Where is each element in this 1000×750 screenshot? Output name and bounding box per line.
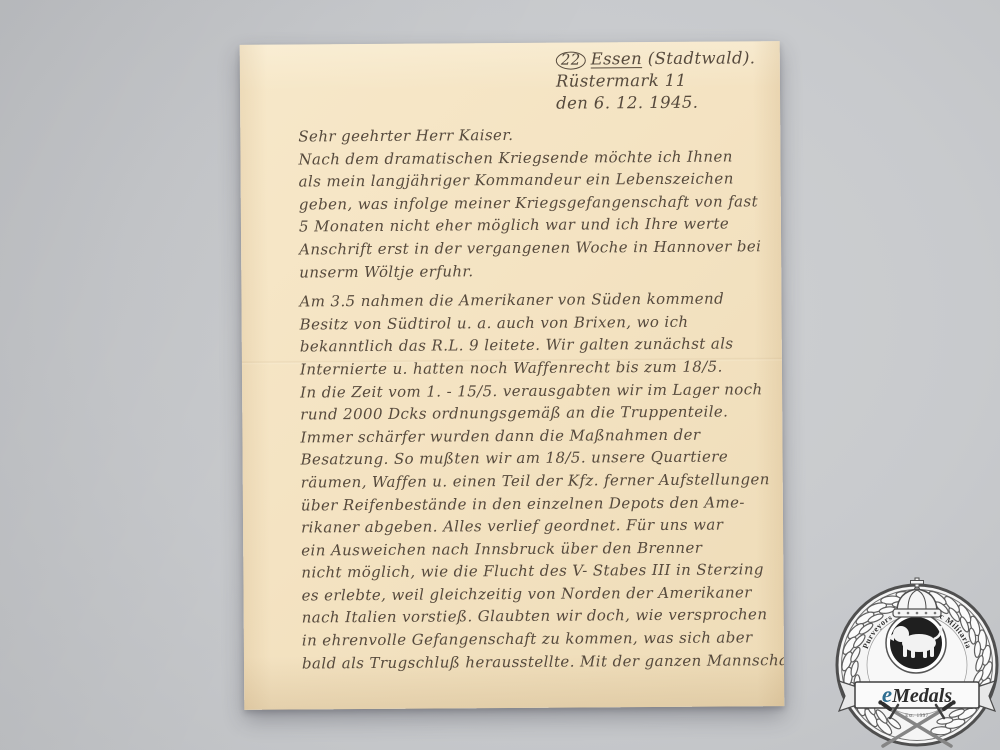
letter-line: es erlebte, weil gleichzeitig von Norden… xyxy=(301,581,784,607)
letter-line: rund 2000 Dcks ordnungsgemäß an die Trup… xyxy=(300,400,784,426)
header-line-date: den 6. 12. 1945. xyxy=(556,91,756,114)
letter-line: Besatzung. So mußten wir am 18/5. unsere… xyxy=(301,445,785,471)
letter-paper: 22Essen (Stadtwald). Rüstermark 11 den 6… xyxy=(240,41,785,710)
letter-header: 22Essen (Stadtwald). Rüstermark 11 den 6… xyxy=(556,47,756,114)
brand-text: eMedals xyxy=(882,682,952,707)
salutation: Sehr geehrter Herr Kaiser. xyxy=(298,122,784,148)
letter-line: Am 3.5 nahmen die Amerikaner von Süden k… xyxy=(299,287,784,313)
lion-medallion xyxy=(886,613,946,673)
letter-line: Immer schärfer wurden dann die Maßnahmen… xyxy=(300,423,784,449)
established-text: Est. 1997 xyxy=(905,714,928,719)
emedals-watermark-logo: Purveyors of Authentic Militaria eMedals xyxy=(831,577,1000,749)
letter-line: Anschrift erst in der vergangenen Woche … xyxy=(299,235,784,261)
letter-line: Internierte u. hatten noch Waffenrecht b… xyxy=(300,355,784,381)
letter-paragraph: Am 3.5 nahmen die Amerikaner von Süden k… xyxy=(299,287,784,675)
letter-line: ein Ausweichen nach Innsbruck über den B… xyxy=(301,536,784,562)
letter-line: geben, was infolge meiner Kriegsgefangen… xyxy=(299,190,785,216)
letter-line: In die Zeit vom 1. - 15/5. verausgabten … xyxy=(300,378,784,404)
photo-scene: 22Essen (Stadtwald). Rüstermark 11 den 6… xyxy=(0,0,1000,750)
letter-line: Besitz von Südtirol u. a. auch von Brixe… xyxy=(300,310,785,336)
district-number: 22 xyxy=(556,51,586,69)
header-line-street: Rüstermark 11 xyxy=(556,69,756,92)
city-name: Essen xyxy=(591,49,643,68)
header-line-address: 22Essen (Stadtwald). xyxy=(556,47,756,70)
letter-line: nach Italien vorstieß. Glaubten wir doch… xyxy=(302,603,785,629)
letter-line: über Reifenbestände in den einzelnen Dep… xyxy=(301,490,784,516)
letter-line: als mein langjähriger Kommandeur ein Leb… xyxy=(299,167,785,193)
letter-line: rikaner abgeben. Alles verlief geordnet.… xyxy=(301,513,784,539)
letter-line: räumen, Waffen u. einen Teil der Kfz. fe… xyxy=(301,468,785,494)
crown-icon xyxy=(893,578,941,617)
city-suffix: (Stadtwald). xyxy=(642,48,755,68)
letter-paragraph: Nach dem dramatischen Kriegsende möchte … xyxy=(298,145,784,284)
letter-line: unserm Wöltje erfuhr. xyxy=(299,258,784,284)
letter-line: bald als Trugschluß herausstellte. Mit d… xyxy=(302,649,784,675)
letter-line: nicht möglich, wie die Flucht des V- Sta… xyxy=(301,558,784,584)
letter-line: in ehrenvolle Gefangenschaft zu kommen, … xyxy=(302,626,785,652)
letter-line: bekanntlich das R.L. 9 leitete. Wir galt… xyxy=(300,332,785,358)
letter-line: Nach dem dramatischen Kriegsende möchte … xyxy=(298,145,784,171)
brand-rest: Medals xyxy=(891,685,952,707)
letter-line: 5 Monaten nicht eher möglich war und ich… xyxy=(299,212,784,238)
letter-body: Sehr geehrter Herr Kaiser. Nach dem dram… xyxy=(298,122,784,675)
